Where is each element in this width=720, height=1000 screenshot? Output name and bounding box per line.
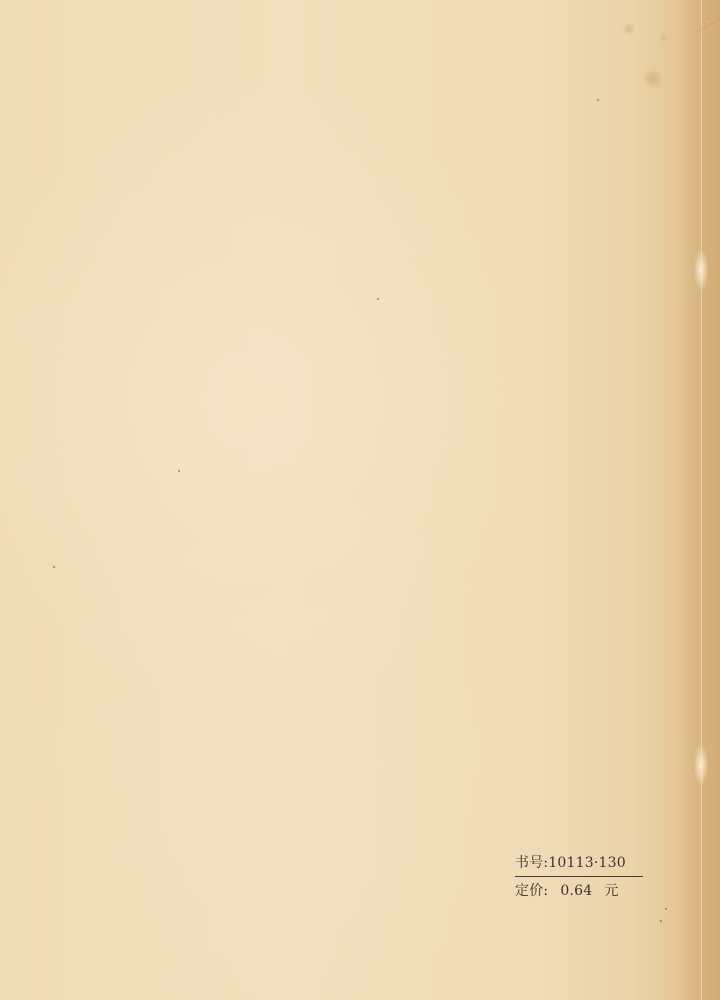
paper-speck [665,908,667,910]
foxing-stain [660,34,668,42]
book-back-cover: 书号:10113·130 定价:0.64元 [0,0,720,1000]
book-number-label: 书号: [515,854,548,872]
publication-info: 书号:10113·130 定价:0.64元 [515,854,643,900]
paper-speck [660,920,662,922]
price-label: 定价: [515,882,548,900]
foxing-stain [622,22,636,36]
paper-speck [597,99,599,101]
price-row: 定价:0.64元 [515,882,643,900]
price-unit: 元 [604,882,618,900]
paper-speck [53,566,55,568]
staple-mark-bottom [694,745,708,785]
foxing-stain [642,68,664,90]
price-value: 0.64 [560,882,592,900]
book-number-row: 书号:10113·130 [515,854,643,872]
paper-speck [178,470,180,472]
info-divider [515,876,643,877]
paper-speck [377,298,379,300]
book-number-value: 10113·130 [548,855,626,871]
staple-mark-top [694,250,708,290]
spine-fold-line [701,0,702,1000]
spine-shadow [678,0,720,1000]
